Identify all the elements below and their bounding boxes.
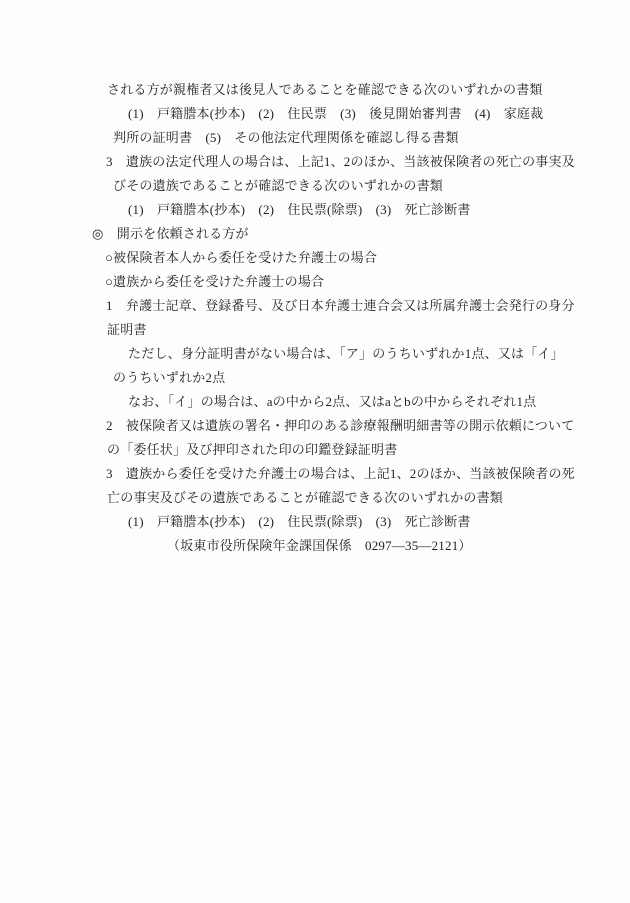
doc-bullet-line: ○被保険者本人から委任を受けた弁護士の場合: [105, 246, 630, 270]
doc-line: のうちいずれか2点: [113, 366, 630, 390]
doc-line: 1 弁護士記章、登録番号、及び日本弁護士連合会又は所属弁護士会発行の身分: [106, 294, 630, 318]
document-text-block: される方が親権者又は後見人であることを確認できる次のいずれかの書類 (1) 戸籍…: [0, 78, 630, 558]
doc-line: の「委任状」及び押印された印の印鑑登録証明書: [107, 438, 630, 462]
doc-line: なお、「イ」の場合は、aの中から2点、又はaとbの中からそれぞれ1点: [128, 390, 630, 414]
doc-line: びその遺族であることが確認できる次のいずれかの書類: [113, 174, 630, 198]
doc-bullet-line: ○遺族から委任を受けた弁護士の場合: [105, 270, 630, 294]
doc-line: される方が親権者又は後見人であることを確認できる次のいずれかの書類: [107, 78, 630, 102]
doc-line: (1) 戸籍謄本(抄本) (2) 住民票(除票) (3) 死亡診断書: [128, 198, 630, 222]
doc-line: 亡の事実及びその遺族であることが確認できる次のいずれかの書類: [107, 486, 630, 510]
doc-line: 判所の証明書 (5) その他法定代理関係を確認し得る書類: [113, 126, 630, 150]
doc-contact-line: （坂東市役所保険年金課国保係 0297―35―2121）: [167, 534, 630, 558]
doc-line: 証明書: [107, 318, 630, 342]
doc-line: 2 被保険者又は遺族の署名・押印のある診療報酬明細書等の開示依頼について: [106, 414, 630, 438]
doc-line: (1) 戸籍謄本(抄本) (2) 住民票 (3) 後見開始審判書 (4) 家庭裁: [128, 102, 630, 126]
doc-line: (1) 戸籍謄本(抄本) (2) 住民票(除票) (3) 死亡診断書: [128, 510, 630, 534]
document-page: される方が親権者又は後見人であることを確認できる次のいずれかの書類 (1) 戸籍…: [0, 0, 630, 903]
doc-line: 3 遺族から委任を受けた弁護士の場合は、上記1、2のほか、当該被保険者の死: [106, 462, 630, 486]
doc-line: ただし、身分証明書がない場合は、「ア」のうちいずれか1点、又は「イ」: [128, 342, 630, 366]
doc-line: 3 遺族の法定代理人の場合は、上記1、2のほか、当該被保険者の死亡の事実及: [106, 150, 630, 174]
doc-heading-line: ◎ 開示を依頼される方が: [92, 222, 630, 246]
